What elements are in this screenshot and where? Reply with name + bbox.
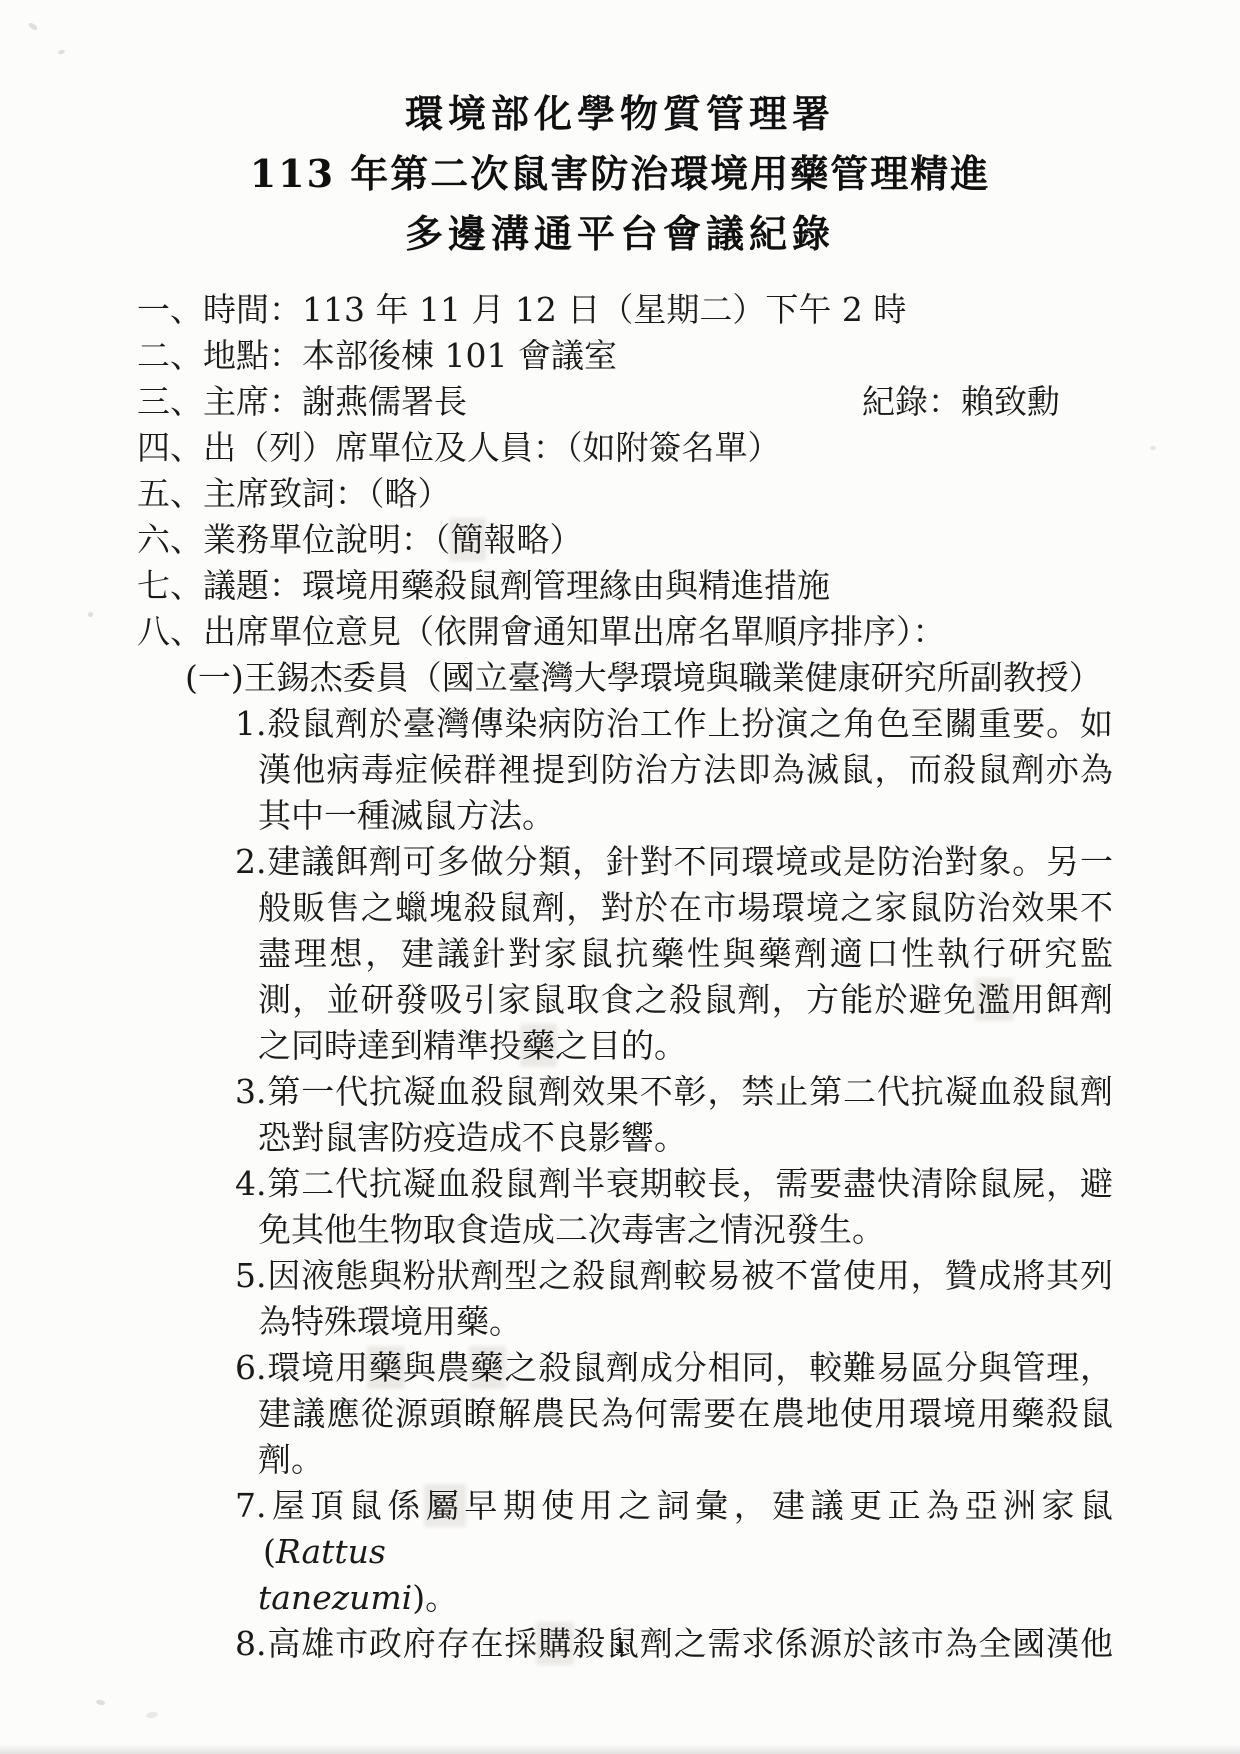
line-text: 之殺鼠劑成分相同，較難易區分與管理， [504,1348,1113,1387]
page-number: 1 [0,1634,1240,1659]
doc-line-19: 恐對鼠害防疫造成不良影響。 [137,1115,1113,1161]
doc-line-9: (一)王錫杰委員（國立臺灣大學環境與職業健康研究所副教授） [137,655,1113,701]
doc-line-18: 3.第一代抗凝血殺鼠劑效果不彰，禁止第二代抗凝血殺鼠劑 [137,1069,1113,1115]
line-text: 用餌劑 [1012,980,1114,1019]
line-text: 其中一種滅鼠方法。 [258,796,555,835]
doc-line-20: 4.第二代抗凝血殺鼠劑半衰期較長，需要盡快清除鼠屍，避 [137,1161,1113,1207]
line-text: 1.殺鼠劑於臺灣傳染病防治工作上扮演之角色至關重要。如 [235,704,1113,743]
line-text: (一)王錫杰委員（國立臺灣大學環境與職業健康研究所副教授） [185,658,1102,697]
line-text: 4.第二代抗凝血殺鼠劑半衰期較長，需要盡快清除鼠屍，避 [235,1164,1113,1203]
document-title-meeting: 113 年第二次鼠害防治環境用藥管理精進 [0,144,1240,204]
line-text: 為特殊環境用藥。 [258,1302,522,1341]
line-text: 與農 [403,1348,471,1387]
line-text: 6.環境用 [235,1348,369,1387]
latin-species-name: Rattus [276,1532,386,1571]
line-text: 藥 [471,1348,505,1387]
scan-speck [96,1699,106,1706]
doc-line-16: 測，並研發吸引家鼠取食之殺鼠劑，方能於避免濫用餌劑 [137,977,1113,1023]
doc-line-22: 5.因液態與粉狀劑型之殺鼠劑較易被不當使用，贊成將其列 [137,1253,1113,1299]
line-text: 一、時間：113 年 11 月 12 日（星期二）下午 2 時 [137,290,906,329]
doc-line-5: 五、主席致詞：（略） [137,471,1113,517]
line-text: 建議應從源頭瞭解農民為何需要在農地使用環境用藥殺鼠 [258,1394,1113,1433]
doc-line-13: 2.建議餌劑可多做分類，針對不同環境或是防治對象。另一 [137,839,1113,885]
line-text: 5.因液態與粉狀劑型之殺鼠劑較易被不當使用，贊成將其列 [235,1256,1113,1295]
line-text: 般販售之蠟塊殺鼠劑，對於在市場環境之家鼠防治效果不 [258,888,1113,927]
doc-line-15: 盡理想，建議針對家鼠抗藥性與藥劑適口性執行研究監 [137,931,1113,977]
doc-line-3: 三、主席：謝燕儒署長紀錄：賴致勳 [137,379,1113,425]
scan-speck [88,612,93,617]
recorder-label: 紀錄：賴致勳 [862,379,1113,425]
doc-line-21: 免其他生物取食造成二次毒害之情況發生。 [137,1207,1113,1253]
line-text: 恐對鼠害防疫造成不良影響。 [258,1118,687,1157]
doc-line-1: 一、時間：113 年 11 月 12 日（星期二）下午 2 時 [137,287,1113,333]
doc-line-6: 六、業務單位說明：（簡報略） [137,517,1113,563]
doc-line-25: 建議應從源頭瞭解農民為何需要在農地使用環境用藥殺鼠 [137,1391,1113,1437]
line-text: 之目的。 [555,1026,687,1065]
document-body: 一、時間：113 年 11 月 12 日（星期二）下午 2 時二、地點：本部後棟… [137,287,1113,1667]
line-text: 五、主席致詞：（略） [137,474,451,513]
line-text: 藥 [369,1348,403,1387]
line-text: 藥 [522,1026,555,1065]
line-text: 七、議題：環境用藥殺鼠劑管理緣由與精進措施 [137,566,830,605]
line-text: 3.第一代抗凝血殺鼠劑效果不彰，禁止第二代抗凝血殺鼠劑 [235,1072,1113,1111]
doc-line-17: 之同時達到精準投藥之目的。 [137,1023,1113,1069]
doc-line-28: tanezumi)。 [137,1575,1113,1621]
chairman-label: 三、主席：謝燕儒署長 [137,379,467,425]
document-title-record: 多邊溝通平台會議紀錄 [0,204,1240,264]
scan-speck [146,1711,159,1719]
doc-line-14: 般販售之蠟塊殺鼠劑，對於在市場環境之家鼠防治效果不 [137,885,1113,931]
doc-line-26: 劑。 [137,1437,1113,1483]
line-text: 八、出席單位意見（依開會通知單出席名單順序排序）： [137,612,946,651]
line-text: 盡理想，建議針對家鼠抗藥性與藥劑適口性執行研究監 [258,934,1113,973]
scan-speck [1150,446,1156,450]
line-text: 簡 [451,520,484,559]
latin-species-name: tanezumi [258,1578,412,1617]
doc-line-2: 二、地點：本部後棟 101 會議室 [137,333,1113,379]
line-text: 濫 [977,980,1011,1019]
line-text: 測，並研發吸引家鼠取食之殺鼠劑，方能於避免 [258,980,977,1019]
doc-line-4: 四、出（列）席單位及人員：（如附簽名單） [137,425,1113,471]
document-title-agency: 環境部化學物質管理署 [0,84,1240,144]
line-text: 劑。 [258,1440,324,1479]
document-header: 環境部化學物質管理署 113 年第二次鼠害防治環境用藥管理精進 多邊溝通平台會議… [0,0,1240,264]
doc-line-11: 漢他病毒症候群裡提到防治方法即為滅鼠，而殺鼠劑亦為 [137,747,1113,793]
line-text: 二、地點：本部後棟 101 會議室 [137,336,617,375]
doc-line-27: 7.屋頂鼠係屬早期使用之詞彙，建議更正為亞洲家鼠(Rattus [137,1483,1113,1575]
line-text: )。 [412,1578,458,1617]
line-text: 免其他生物取食造成二次毒害之情況發生。 [258,1210,885,1249]
line-text: 之同時達到精準投 [258,1026,522,1065]
doc-line-24: 6.環境用藥與農藥之殺鼠劑成分相同，較難易區分與管理， [137,1345,1113,1391]
line-text: 2.建議餌劑可多做分類，針對不同環境或是防治對象。另一 [235,842,1113,881]
doc-line-8: 八、出席單位意見（依開會通知單出席名單順序排序）： [137,609,1113,655]
doc-line-23: 為特殊環境用藥。 [137,1299,1113,1345]
doc-line-12: 其中一種滅鼠方法。 [137,793,1113,839]
line-text: 六、業務單位說明：（ [137,520,451,559]
line-text: 7.屋頂鼠係 [235,1486,426,1525]
scanned-document-page: 環境部化學物質管理署 113 年第二次鼠害防治環境用藥管理精進 多邊溝通平台會議… [0,0,1240,1754]
doc-line-10: 1.殺鼠劑於臺灣傳染病防治工作上扮演之角色至關重要。如 [137,701,1113,747]
line-text: 四、出（列）席單位及人員：（如附簽名單） [137,428,781,467]
line-text: 漢他病毒症候群裡提到防治方法即為滅鼠，而殺鼠劑亦為 [258,750,1113,789]
line-text: 屬 [426,1486,464,1525]
line-text: 三、主席：謝燕儒署長 [137,382,467,421]
line-text: 報略） [484,520,583,559]
doc-line-7: 七、議題：環境用藥殺鼠劑管理緣由與精進措施 [137,563,1113,609]
